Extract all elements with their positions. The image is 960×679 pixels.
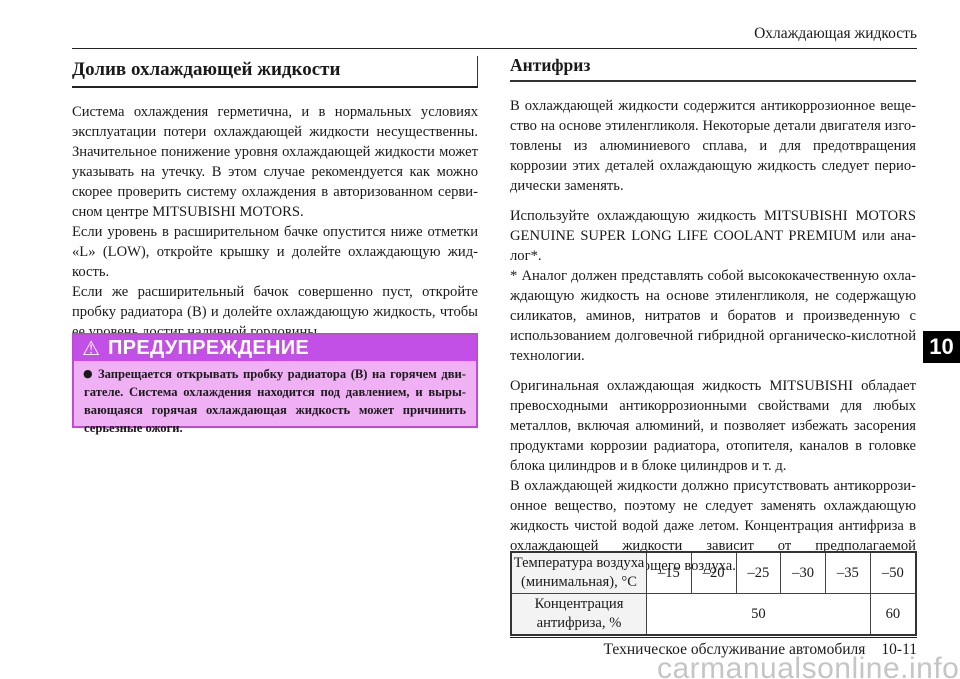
paragraph: Система охлаждения герметична, и в норма…	[72, 102, 478, 222]
chapter-tab: 10	[923, 331, 960, 363]
chapter-tab-number: 10	[923, 331, 960, 363]
warning-header: ⚠ ПРЕДУПРЕЖДЕНИЕ	[74, 335, 476, 361]
left-column: Долив охлаждающей жидкости Система охлаж…	[72, 56, 478, 342]
table-cell: –35	[826, 552, 871, 594]
table-cell: 50	[647, 594, 871, 636]
page-header: Охлаждающая жидкость	[72, 22, 917, 49]
paragraph: Используйте охлаждающую жидкость MITSUBI…	[510, 206, 916, 266]
warning-triangle-icon: ⚠	[82, 336, 100, 360]
table-cell: –15	[647, 552, 692, 594]
table-row-header: Температура воздуха (минимальная), °C	[511, 552, 647, 594]
warning-box: ⚠ ПРЕДУПРЕЖДЕНИЕ ● Запрещается открывать…	[72, 333, 478, 428]
watermark: carmanualsonline.info	[657, 652, 959, 679]
row-header-line: (минимальная), °C	[521, 574, 637, 590]
bullet-icon: ●	[83, 365, 93, 383]
section-title-antifreeze: Антифриз	[510, 55, 590, 76]
paragraph: Если уровень в расширительном бачке опус…	[72, 222, 478, 282]
paragraph: * Аналог должен представлять собой высок…	[510, 266, 916, 366]
page-footer: Техническое обслуживание автомобиля10-11	[510, 637, 917, 638]
section-heading-box: Долив охлаждающей жидкости	[72, 56, 478, 88]
antifreeze-table: Температура воздуха (минимальная), °C –1…	[510, 551, 917, 636]
table-row: Концентрация антифриза, % 50 60	[511, 594, 916, 636]
table-row-header: Концентрация антифриза, %	[511, 594, 647, 636]
table-cell: –20	[691, 552, 736, 594]
right-column: Антифриз В охлаждающей жидкости содержит…	[510, 56, 916, 576]
row-header-line: Температура воздуха	[514, 555, 645, 571]
section-heading-box: Антифриз	[510, 56, 916, 82]
table-cell: 60	[870, 594, 916, 636]
table-cell: –30	[781, 552, 826, 594]
section-title-coolant-topup: Долив охлаждающей жидкости	[72, 59, 340, 81]
warning-text: Запрещается открывать пробку радиатора (…	[84, 365, 466, 437]
row-header-line: антифриза, %	[537, 615, 622, 631]
row-header-line: Концентрация	[535, 596, 624, 612]
paragraph: Оригинальная охлаждающая жидкость MITSUB…	[510, 376, 916, 476]
table-cell: –50	[870, 552, 916, 594]
table-row: Температура воздуха (минимальная), °C –1…	[511, 552, 916, 594]
warning-title: ПРЕДУПРЕЖДЕНИЕ	[108, 335, 309, 361]
table-cell: –25	[736, 552, 781, 594]
paragraph: В охлаждающей жидкости содержится антико…	[510, 96, 916, 196]
page-header-title: Охлаждающая жидкость	[754, 25, 917, 43]
warning-body: ● Запрещается открывать пробку радиатора…	[74, 361, 476, 437]
